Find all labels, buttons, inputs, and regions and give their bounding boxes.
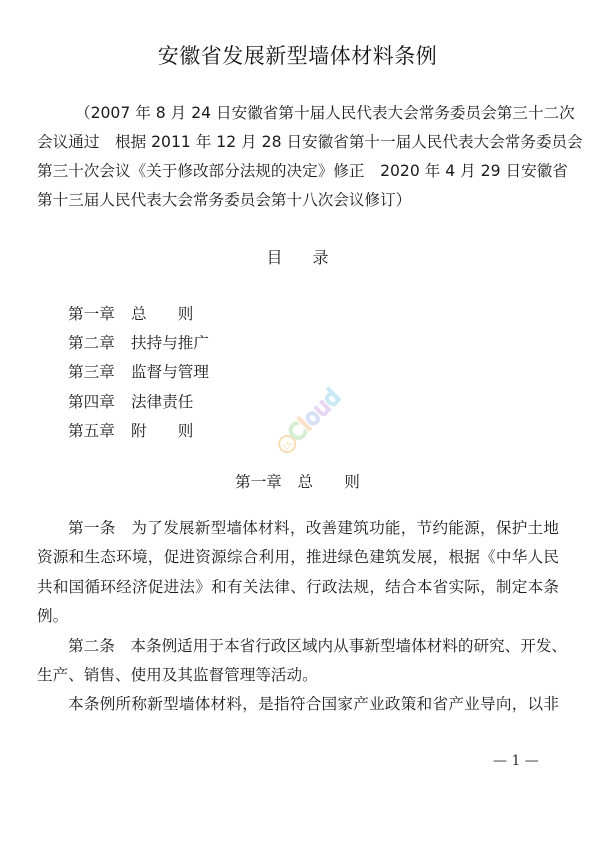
toc-chapter-name: 扶持与推广: [131, 329, 209, 358]
toc-chapter-number: 第五章: [68, 417, 131, 446]
text-line: 共和国循环经济促进法》和有关法律、行政法规，结合本省实际，制定本条: [37, 573, 559, 602]
toc-chapter-number: 第四章: [68, 388, 131, 417]
toc-chapter-name: 总 则: [131, 300, 193, 329]
preamble-line: 会议通过 根据 2011 年 12 月 28 日安徽省第十一届人民代表大会常务委…: [37, 128, 559, 157]
preamble-line: （2007 年 8 月 24 日安徽省第十届人民代表大会常务委员会第三十二次: [37, 99, 559, 128]
article-2-paragraph-2: 本条例所称新型墙体材料，是指符合国家产业政策和省产业导向，以非: [37, 690, 559, 719]
document-page: 安徽省发展新型墙体材料条例 （2007 年 8 月 24 日安徽省第十届人民代表…: [0, 0, 595, 841]
toc-chapter-number: 第二章: [68, 329, 131, 358]
svg-text:IA: IA: [282, 439, 295, 452]
text-line: 本条例所称新型墙体材料，是指符合国家产业政策和省产业导向，以非: [37, 690, 559, 719]
toc-chapter-number: 第三章: [68, 358, 131, 387]
text-line: 第二条 本条例适用于本省行政区域内从事新型墙体材料的研究、开发、: [37, 632, 559, 661]
toc-chapter-number: 第一章: [68, 300, 131, 329]
toc-item: 第三章 监督与管理: [68, 358, 209, 387]
cloud-watermark-icon: IA Cloud: [262, 385, 352, 455]
article-2: 第二条 本条例适用于本省行政区域内从事新型墙体材料的研究、开发、 生产、销售、使…: [37, 632, 559, 691]
toc-chapter-name: 法律责任: [131, 388, 193, 417]
article-1: 第一条 为了发展新型墙体材料，改善建筑功能，节约能源，保护土地 资源和生态环境，…: [37, 514, 559, 632]
chapter-heading: 第一章 总 则: [0, 469, 595, 495]
preamble: （2007 年 8 月 24 日安徽省第十届人民代表大会常务委员会第三十二次 会…: [37, 99, 559, 215]
toc-item: 第五章 附 则: [68, 417, 209, 446]
toc-title-char: 目: [266, 245, 282, 271]
page-number: — 1 —: [493, 751, 539, 771]
text-line: 第一条 为了发展新型墙体材料，改善建筑功能，节约能源，保护土地: [37, 514, 559, 543]
document-title: 安徽省发展新型墙体材料条例: [0, 40, 595, 72]
toc-item: 第二章 扶持与推广: [68, 329, 209, 358]
svg-text:Cloud: Cloud: [284, 385, 346, 447]
text-line: 资源和生态环境，促进资源综合利用，推进绿色建筑发展，根据《中华人民: [37, 543, 559, 572]
toc-item: 第四章 法律责任: [68, 388, 209, 417]
toc-chapter-name: 附 则: [131, 417, 193, 446]
toc-chapter-name: 监督与管理: [131, 358, 209, 387]
toc-title-char: 录: [313, 245, 329, 271]
text-line: 例。: [37, 602, 559, 631]
toc-title: 目录: [0, 245, 595, 271]
document-body: 第一条 为了发展新型墙体材料，改善建筑功能，节约能源，保护土地 资源和生态环境，…: [37, 514, 559, 720]
preamble-line: 第三十次会议《关于修改部分法规的决定》修正 2020 年 4 月 29 日安徽省: [37, 157, 559, 186]
table-of-contents: 第一章 总 则 第二章 扶持与推广 第三章 监督与管理 第四章 法律责任 第五章…: [68, 300, 209, 446]
toc-item: 第一章 总 则: [68, 300, 209, 329]
preamble-line: 第十三届人民代表大会常务委员会第十八次会议修订）: [37, 186, 559, 215]
text-line: 生产、销售、使用及其监督管理等活动。: [37, 661, 559, 690]
